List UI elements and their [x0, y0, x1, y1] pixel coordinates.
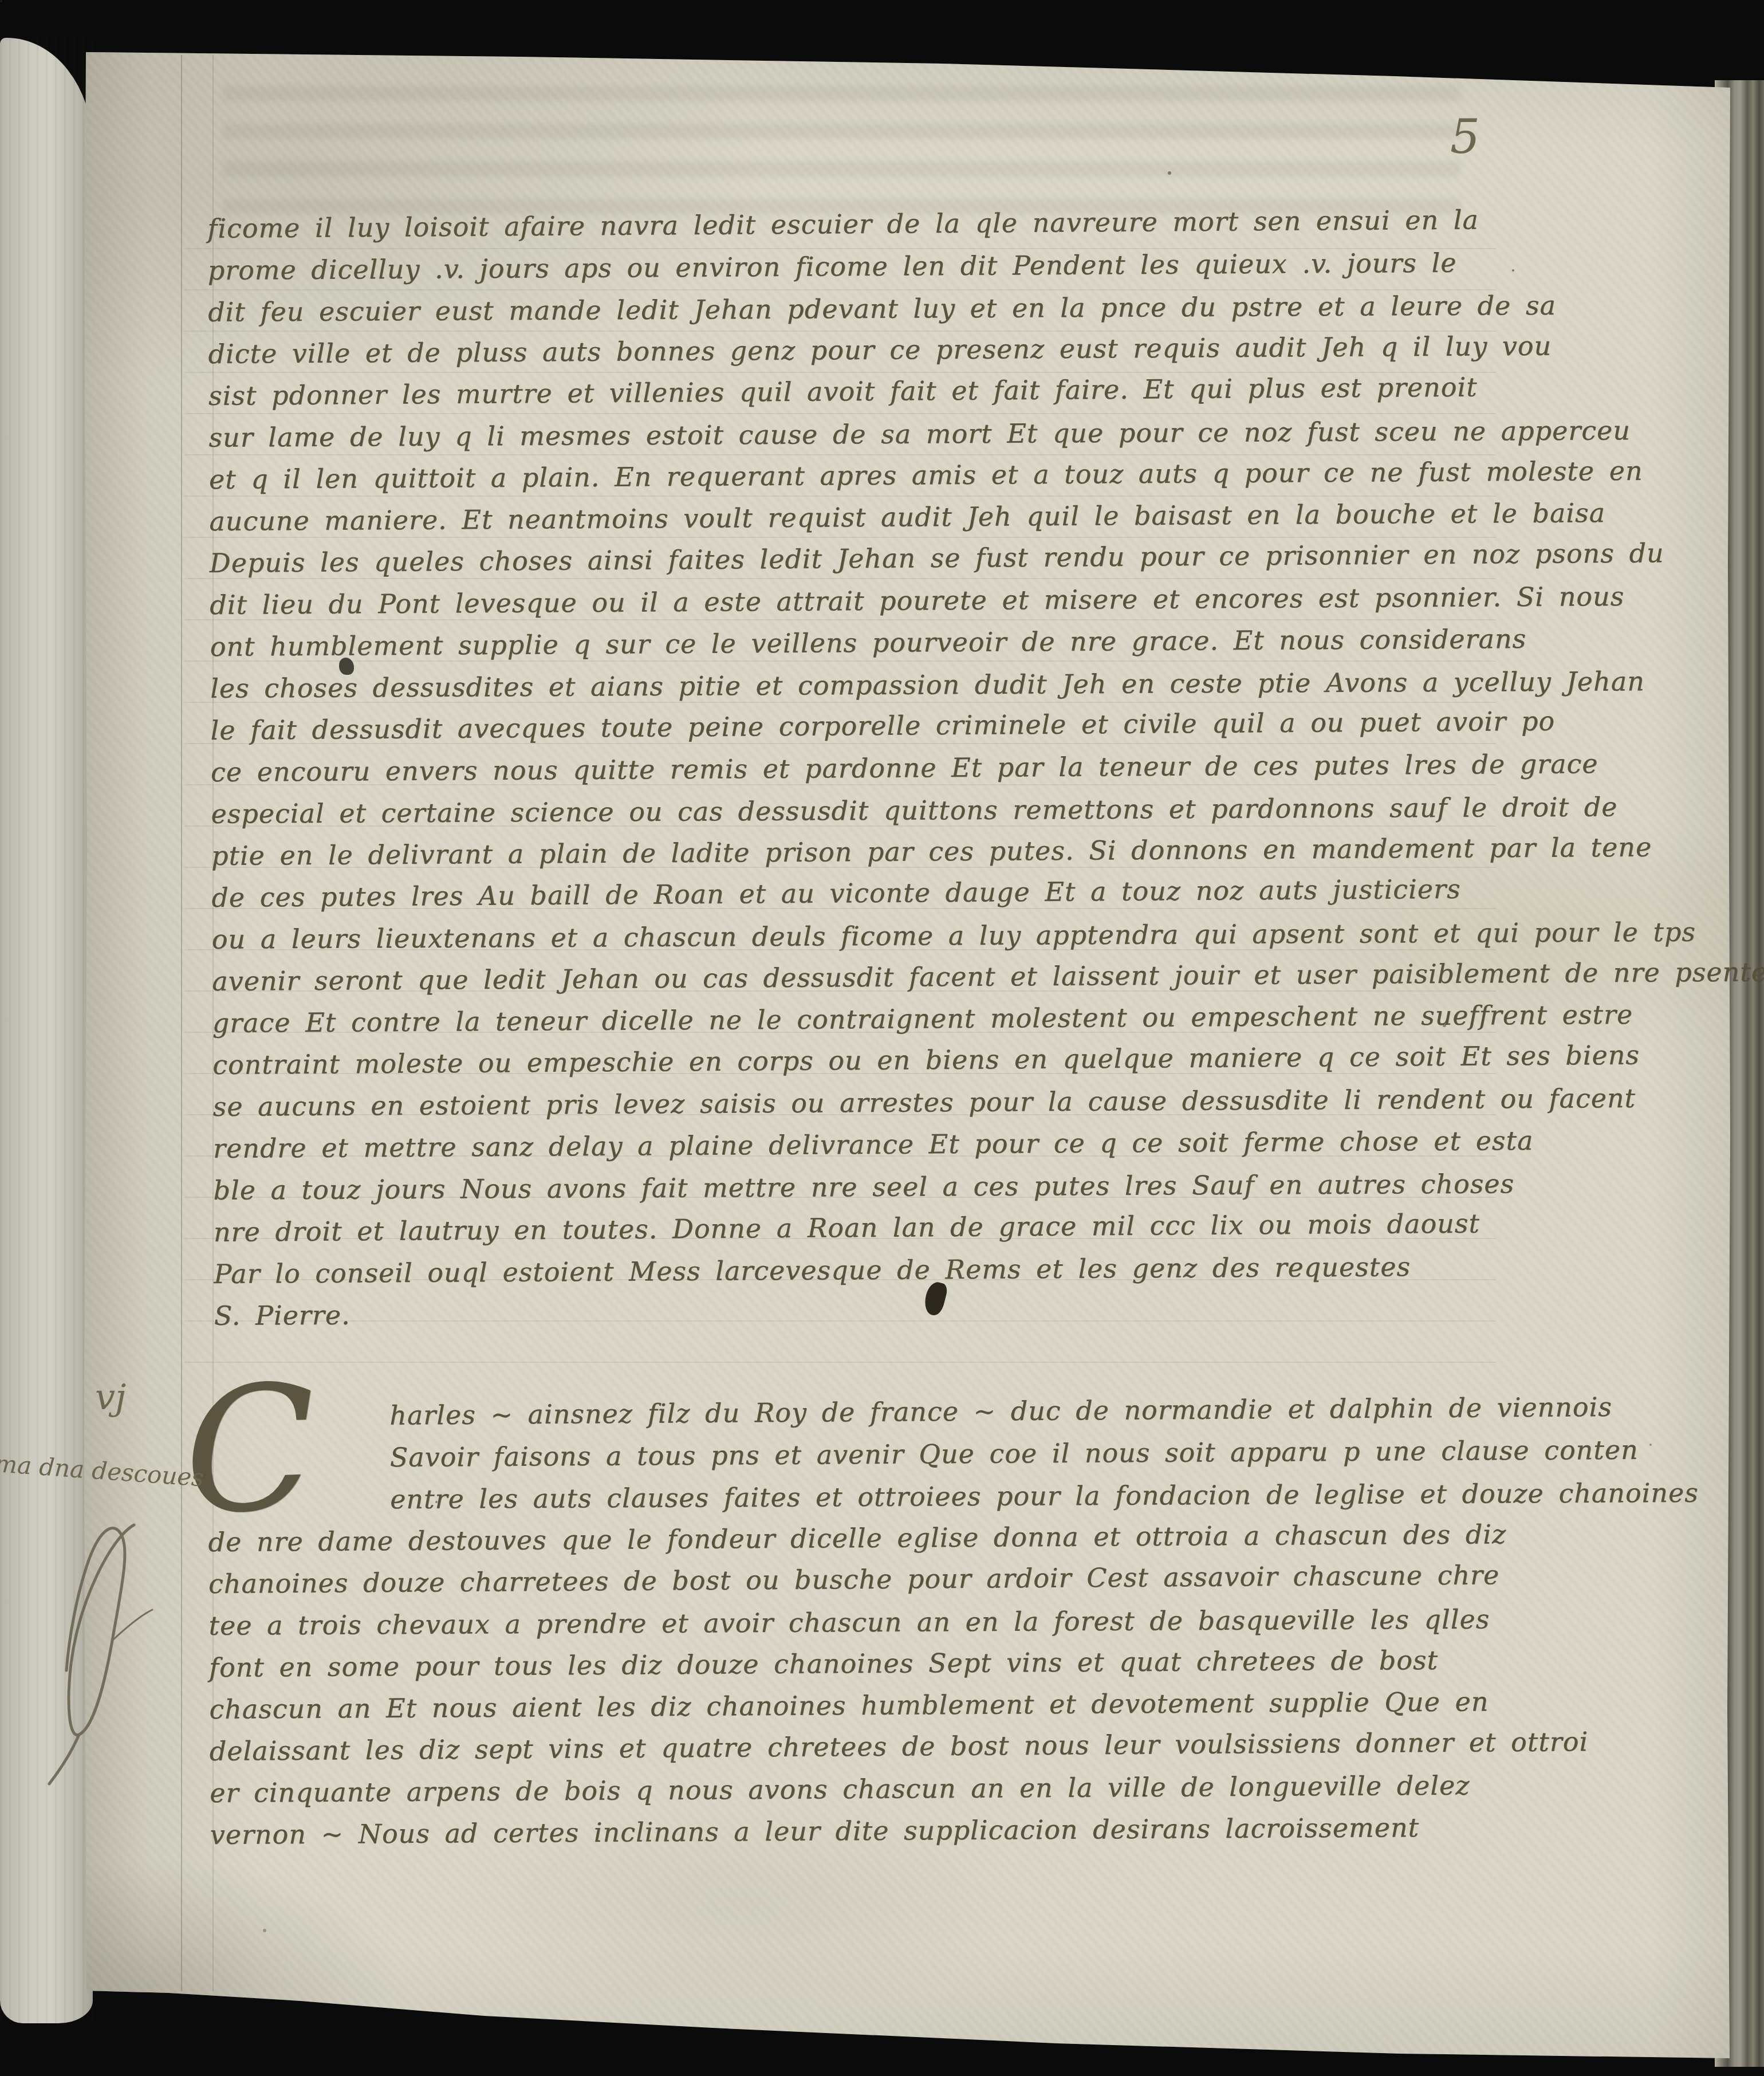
margin-paraph-flourish: [44, 1519, 158, 1788]
ink-specks: [0, 0, 2, 2]
photograph-background: 5 ficome il luy loisoit afaire navra led…: [0, 0, 1764, 2076]
text-line: Savoir faisons a tous pns et avenir Que …: [207, 1435, 1490, 1485]
text-line: et q il len quittoit a plain. En requera…: [209, 456, 1492, 506]
verso-show-through: [223, 86, 1460, 218]
text-line: rendre et mettre sanz delay a plaine del…: [213, 1125, 1496, 1175]
text-line: contraint moleste ou empeschie en corps …: [212, 1040, 1495, 1091]
text-line: er cinquante arpens de bois q nous avons…: [210, 1770, 1493, 1819]
text-line: delaissant les diz sept vins et quatre c…: [210, 1727, 1493, 1778]
text-line: prome dicelluy .v. jours aps ou environ …: [207, 247, 1490, 297]
text-line: dit lieu du Pont levesque ou il a este a…: [210, 581, 1493, 631]
text-line: dit feu escuier eust mande ledit Jehan p…: [208, 290, 1491, 338]
text-line: ont humblement supplie q sur ce le veill…: [210, 623, 1493, 673]
ruling-line-vertical-1: [181, 55, 182, 1991]
text-line: S. Pierre.: [214, 1293, 1497, 1342]
entry-2-text: harles ~ ainsnez filz du Roy de france ~…: [207, 1393, 1493, 1861]
folio-number: 5: [1450, 110, 1480, 164]
margin-item-number: vj: [95, 1376, 126, 1418]
text-line: chanoines douze charretees de bost ou bu…: [208, 1559, 1491, 1610]
text-line: Depuis les queles choses ainsi faites le…: [210, 538, 1493, 589]
entry-1-text: ficome il luy loisoit afaire navra ledit…: [207, 205, 1497, 1342]
text-line: Par lo conseil ouql estoient Mess larcev…: [214, 1251, 1497, 1300]
text-line: vernon ~ Nous ad certes inclinans a leur…: [210, 1811, 1493, 1861]
text-line: avenir seront que ledit Jehan ou cas des…: [212, 958, 1495, 1008]
ink-blot: [339, 658, 354, 675]
text-line: tee a trois chevaux a prendre et avoir c…: [208, 1603, 1491, 1652]
text-line: ficome il luy loisoit afaire navra ledit…: [207, 204, 1490, 255]
text-line: ou a leurs lieuxtenans et a chascun deul…: [212, 917, 1495, 965]
text-line: sist pdonner les murtre et villenies qui…: [208, 371, 1491, 422]
text-line: harles ~ ainsnez filz du Roy de france ~…: [207, 1392, 1490, 1443]
text-line: sur lame de luy q li mesmes estoit cause…: [208, 415, 1491, 463]
text-line: font en some pour tous les diz douze cha…: [209, 1644, 1492, 1694]
text-line: de ces putes lres Au baill de Roan et au…: [211, 873, 1494, 924]
text-line: nre droit et lautruy en toutes. Donne a …: [214, 1208, 1497, 1259]
text-line: entre les auts clauses faites et ottroie…: [208, 1478, 1491, 1526]
text-line: se aucuns en estoient pris levez saisis …: [212, 1083, 1495, 1133]
text-line: ce encouru envers nous quitte remis et p…: [211, 749, 1494, 799]
text-line: especial et certaine science ou cas dess…: [211, 792, 1494, 840]
text-line: le fait dessusdit avecques toute peine c…: [210, 706, 1493, 757]
